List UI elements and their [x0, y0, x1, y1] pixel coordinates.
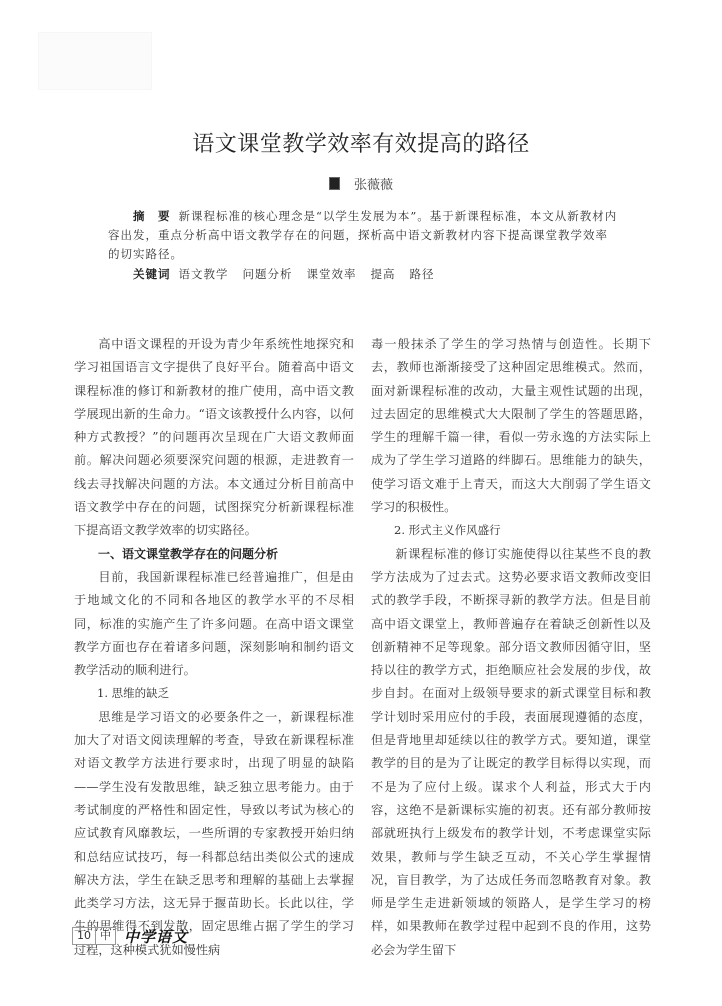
keyword: 课堂效率	[307, 267, 357, 281]
keyword: 提高	[371, 267, 396, 281]
abstract-paragraph: 摘 要新课程标准的核心理念是“以学生发展为本”。基于新课程标准，本文从新教材内容…	[108, 207, 618, 264]
square-bullet-icon	[329, 177, 340, 190]
subsection-paragraph: 思维是学习语文的必要条件之一，新课程标准加大了对语文阅读理解的考查，导致在新课程…	[74, 706, 354, 962]
page-footer: 10 中 中学语文	[72, 926, 188, 946]
journal-logo: 中学语文	[124, 926, 188, 947]
faint-header-box	[38, 32, 152, 90]
section-paragraph: 目前，我国新课程标准已经普遍推广，但是由于地域文化的不同和各地区的教学水平的不尽…	[74, 566, 354, 682]
left-column: 高中语文课程的开设为青少年系统性地探究和学习祖国语言文字提供了良好平台。随着高中…	[74, 333, 354, 962]
keywords-line: 关键词语文教学问题分析课堂效率提高路径	[108, 265, 618, 284]
subsection-heading: 1. 思维的缺乏	[74, 682, 354, 705]
subsection-paragraph: 新课程标准的修订实施使得以往某些不良的教学方法成为了过去式。这势必要求语文教师改…	[371, 543, 651, 962]
abstract-block: 摘 要新课程标准的核心理念是“以学生发展为本”。基于新课程标准，本文从新教材内容…	[108, 207, 618, 284]
subsection-heading: 2. 形式主义作风盛行	[371, 519, 651, 542]
author-line: 张薇薇	[0, 174, 722, 193]
page-number-box: 10 中	[72, 927, 116, 945]
continued-paragraph: 毒一般抹杀了学生的学习热情与创造性。长期下去，教师也渐渐接受了这种固定思维模式。…	[371, 333, 651, 519]
section-mark: 中	[95, 928, 115, 944]
abstract-text: 新课程标准的核心理念是“以学生发展为本”。基于新课程标准，本文从新教材内容出发，…	[108, 209, 617, 261]
keyword: 路径	[410, 267, 435, 281]
page-number: 10	[73, 928, 95, 944]
intro-paragraph: 高中语文课程的开设为青少年系统性地探究和学习祖国语言文字提供了良好平台。随着高中…	[74, 333, 354, 543]
keyword: 问题分析	[243, 267, 293, 281]
author-name: 张薇薇	[354, 178, 393, 193]
section-heading: 一、语文课堂教学存在的问题分析	[74, 543, 354, 566]
abstract-label: 摘 要	[133, 209, 171, 223]
article-title: 语文课堂教学效率有效提高的路径	[0, 127, 722, 158]
keyword: 语文教学	[179, 267, 229, 281]
keywords-label: 关键词	[133, 267, 171, 281]
right-column: 毒一般抹杀了学生的学习热情与创造性。长期下去，教师也渐渐接受了这种固定思维模式。…	[371, 333, 651, 962]
